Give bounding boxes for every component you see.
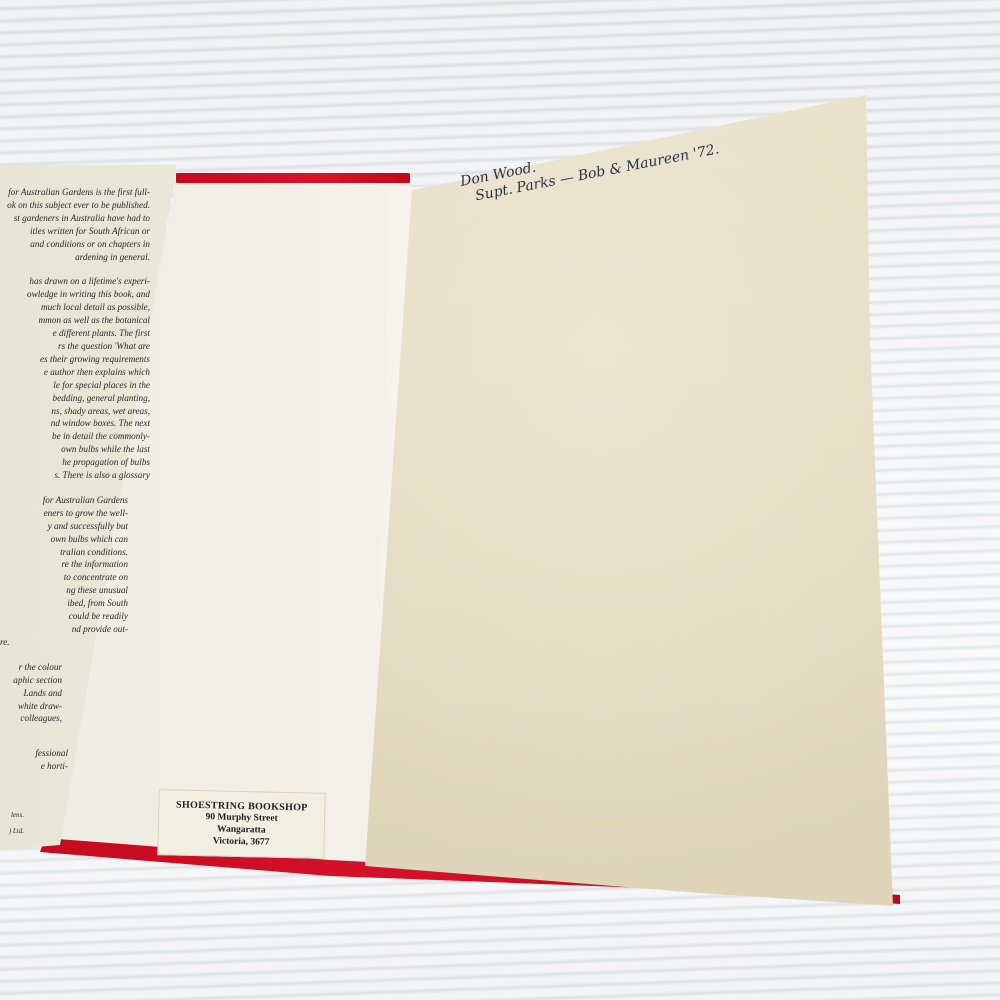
- flap-imprint: lens. ) Ltd.: [0, 807, 150, 839]
- flap-paragraph-1: for Australian Gardens is the first full…: [0, 186, 150, 263]
- flap-paragraph-4: r the colour aphic section Lands and whi…: [0, 661, 150, 726]
- bookshop-sticker: SHOESTRING BOOKSHOP 90 Murphy Street Wan…: [157, 789, 325, 859]
- bookshop-state: Victoria, 3677: [158, 834, 323, 850]
- flap-paragraph-3: for Australian Gardens eners to grow the…: [0, 494, 150, 649]
- flap-blurb: for Australian Gardens is the first full…: [0, 186, 150, 851]
- flap-paragraph-2: has drawn on a lifetime's experi- owledg…: [0, 275, 150, 482]
- flap-paragraph-5: fessional e horti-: [0, 747, 150, 773]
- red-board-top-edge: [176, 173, 410, 183]
